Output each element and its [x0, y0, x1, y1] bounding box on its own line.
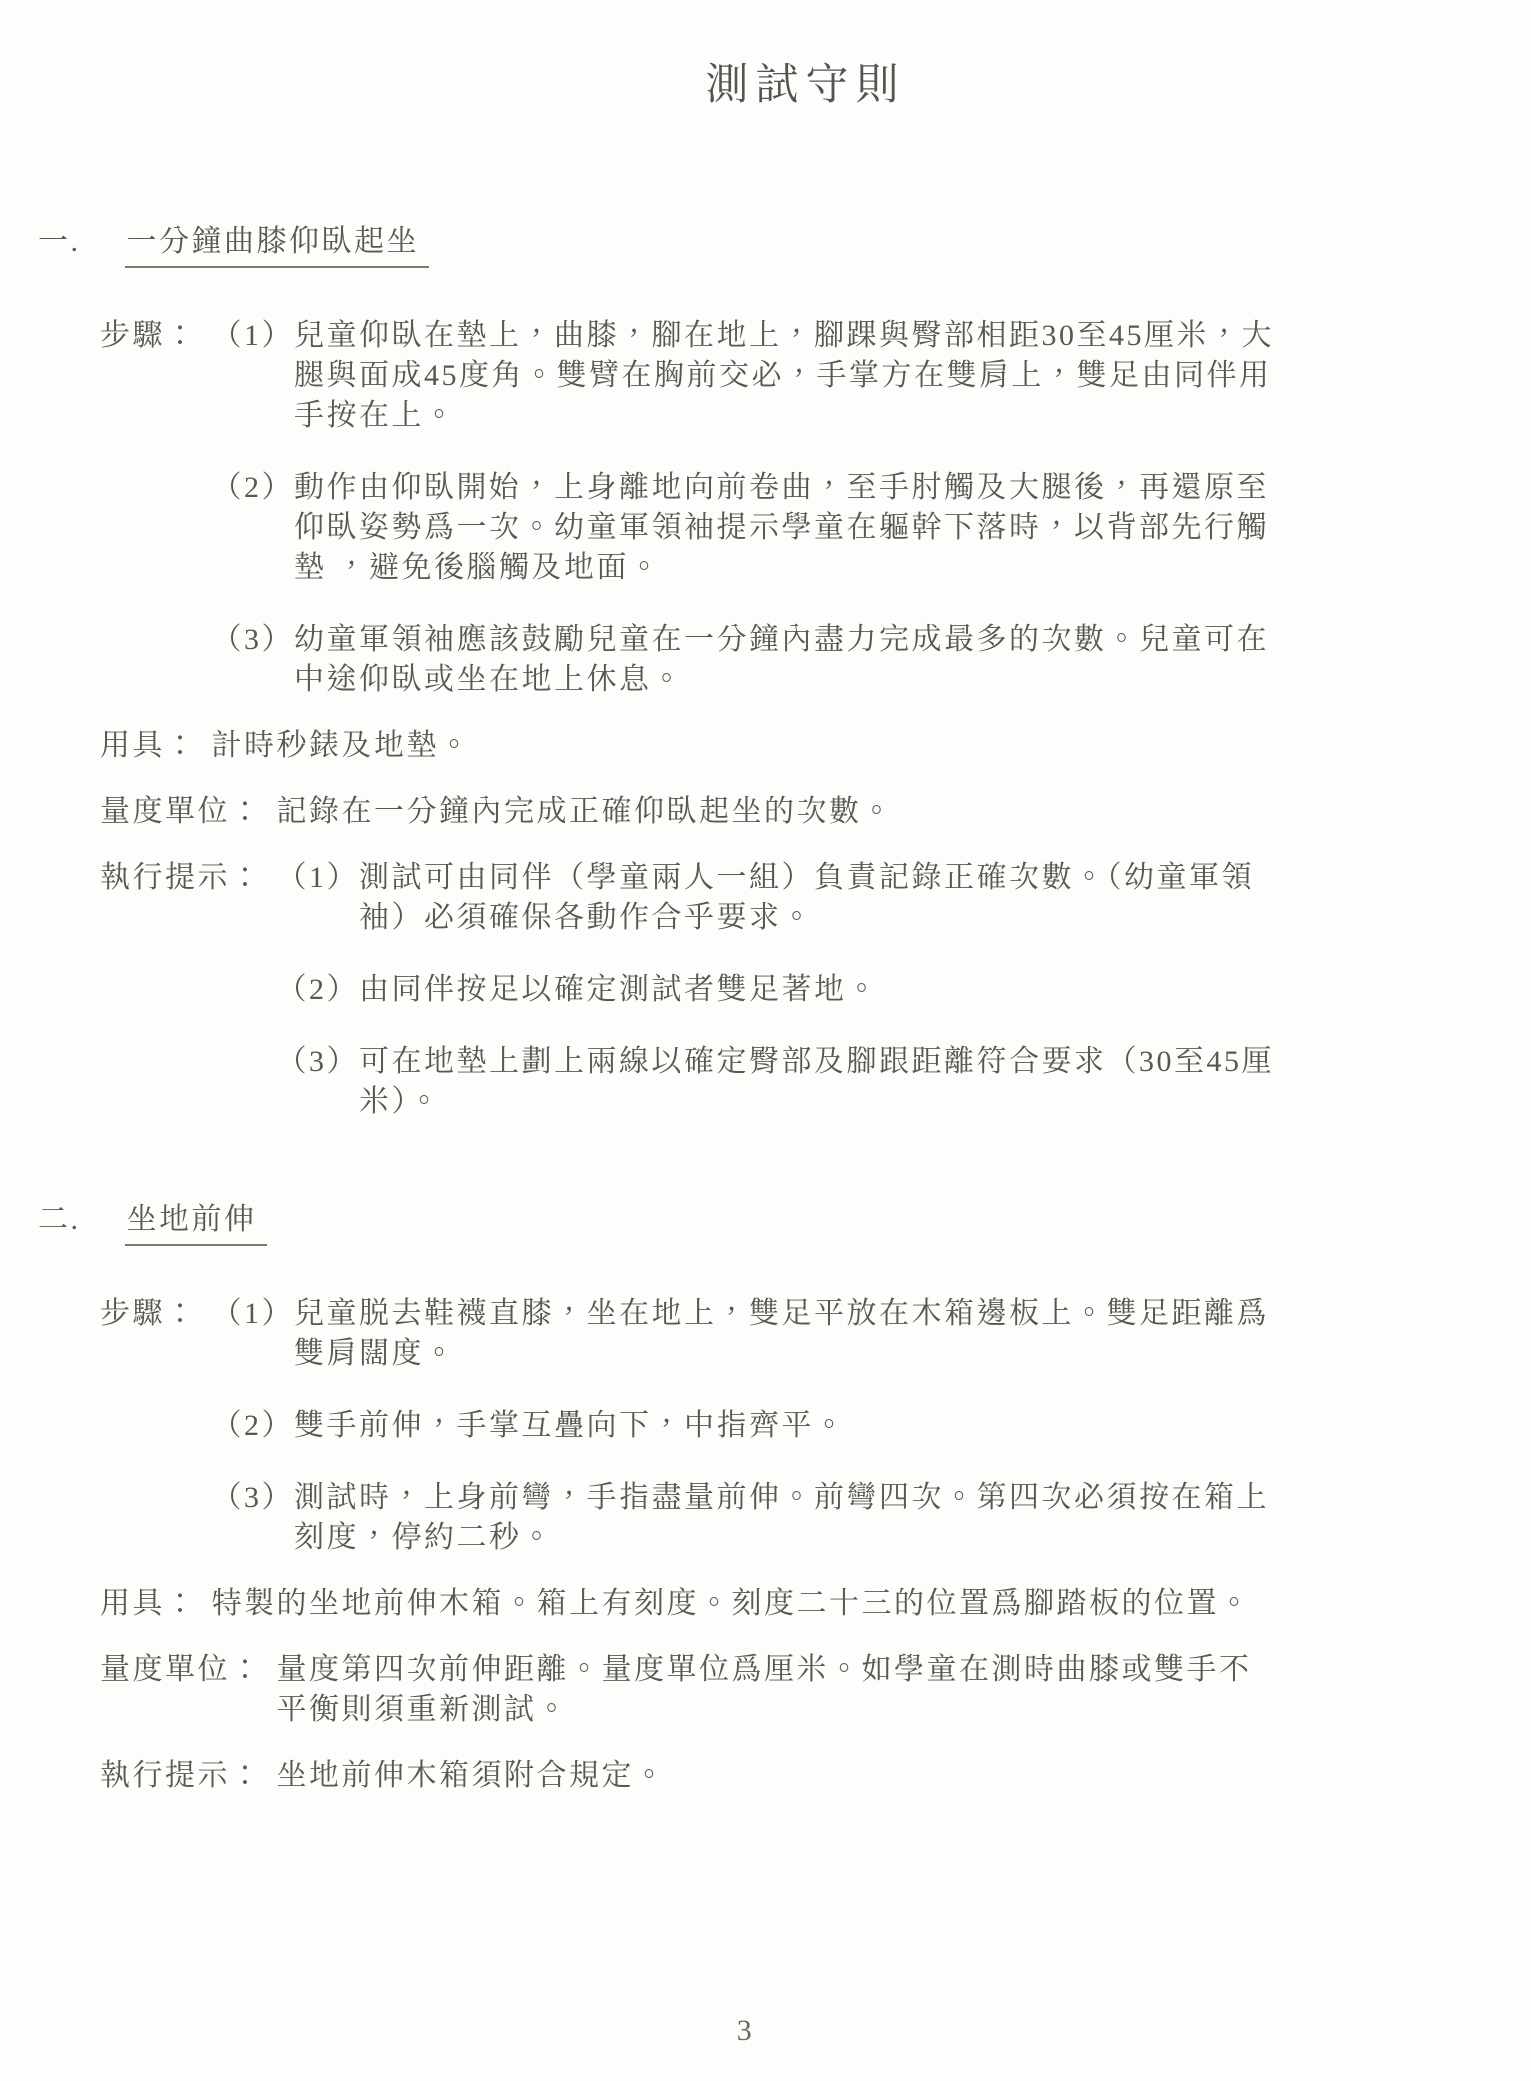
section-content: 步驟： （1） 兒童脱去鞋襪直膝，坐在地上，雙足平放在木箱邊板上。雙足距離爲 雙…	[100, 1294, 1471, 1796]
tips-label: 執行提示：	[100, 1756, 263, 1796]
unit-label: 量度單位：	[100, 1650, 263, 1690]
section-sit-and-reach: 二. 坐地前伸 步驟： （1） 兒童脱去鞋襪直膝，坐在地上，雙足平放在木箱邊板上…	[0, 1200, 1531, 1796]
text-line: 腿與面成45度角。雙臂在胸前交必，手掌方在雙肩上，雙足由同伴用	[294, 356, 1471, 396]
tip-number: （3）	[277, 1042, 360, 1082]
step-item: （1） 兒童脱去鞋襪直膝，坐在地上，雙足平放在木箱邊板上。雙足距離爲 雙肩闊度。	[212, 1294, 1472, 1374]
section-heading: 坐地前伸	[125, 1200, 267, 1246]
step-number: （2）	[212, 1406, 295, 1446]
text-line: 中途仰臥或坐在地上休息。	[294, 660, 1471, 700]
step-item: （2） 雙手前伸，手掌互疊向下，中指齊平。	[212, 1406, 1472, 1446]
equipment-group: 用具： 特製的坐地前伸木箱。箱上有刻度。刻度二十三的位置爲腳踏板的位置。	[100, 1584, 1471, 1624]
section-number: 二.	[38, 1200, 81, 1240]
equipment-group: 用具： 計時秒錶及地墊。	[100, 726, 1471, 766]
page-number: 3	[0, 2011, 1491, 2051]
unit-group: 量度單位： 量度第四次前伸距離。量度單位爲厘米。如學童在測時曲膝或雙手不 平衡則…	[100, 1650, 1471, 1730]
text-line: 可在地墊上劃上兩線以確定臀部及腳跟距離符合要求（30至45厘	[359, 1042, 1471, 1082]
step-number: （3）	[212, 620, 295, 660]
text-line: 平衡則須重新測試。	[277, 1690, 1472, 1730]
text-line: 坐地前伸木箱須附合規定。	[277, 1756, 1472, 1796]
equipment-label: 用具：	[100, 1584, 198, 1624]
text-line: 米）。	[359, 1082, 1471, 1122]
tips-group: 執行提示： （1） 測試可由同伴（學童兩人一組）負責記錄正確次數。（幼童軍領 袖…	[100, 858, 1471, 1122]
text-line: 由同伴按足以確定測試者雙足著地。	[359, 970, 1471, 1010]
text-line: 墊 ，避免後腦觸及地面。	[294, 548, 1471, 588]
unit-group: 量度單位： 記錄在一分鐘內完成正確仰臥起坐的次數。	[100, 792, 1471, 832]
text-line: 兒童仰臥在墊上，曲膝，腳在地上，腳踝與臀部相距30至45厘米，大	[294, 316, 1471, 356]
unit-item: 記錄在一分鐘內完成正確仰臥起坐的次數。	[277, 792, 1472, 832]
page-title: 測試守則	[0, 66, 1531, 106]
tips-label: 執行提示：	[100, 858, 263, 898]
equipment-item: 計時秒錶及地墊。	[212, 726, 1472, 766]
tip-item: （3） 可在地墊上劃上兩線以確定臀部及腳跟距離符合要求（30至45厘 米）。	[277, 1042, 1472, 1122]
text-line: 動作由仰臥開始，上身離地向前卷曲，至手肘觸及大腿後，再還原至	[294, 468, 1471, 508]
steps-label: 步驟：	[100, 1294, 198, 1334]
text-line: 刻度，停約二秒。	[294, 1518, 1471, 1558]
tip-number: （1）	[277, 858, 360, 898]
tip-item: 坐地前伸木箱須附合規定。	[277, 1756, 1472, 1796]
tip-item: （1） 測試可由同伴（學童兩人一組）負責記錄正確次數。（幼童軍領 袖）必須確保各…	[277, 858, 1472, 938]
equipment-item: 特製的坐地前伸木箱。箱上有刻度。刻度二十三的位置爲腳踏板的位置。	[212, 1584, 1472, 1624]
unit-label: 量度單位：	[100, 792, 263, 832]
tip-number: （2）	[277, 970, 360, 1010]
text-line: 計時秒錶及地墊。	[212, 726, 1472, 766]
section-number: 一.	[38, 222, 81, 262]
step-number: （3）	[212, 1478, 295, 1518]
tips-group: 執行提示： 坐地前伸木箱須附合規定。	[100, 1756, 1471, 1796]
steps-label: 步驟：	[100, 316, 198, 356]
text-line: 特製的坐地前伸木箱。箱上有刻度。刻度二十三的位置爲腳踏板的位置。	[212, 1584, 1472, 1624]
text-line: 測試可由同伴（學童兩人一組）負責記錄正確次數。（幼童軍領	[359, 858, 1471, 898]
section-content: 步驟： （1） 兒童仰臥在墊上，曲膝，腳在地上，腳踝與臀部相距30至45厘米，大…	[100, 316, 1471, 1122]
text-line: 兒童脱去鞋襪直膝，坐在地上，雙足平放在木箱邊板上。雙足距離爲	[294, 1294, 1471, 1334]
text-line: 量度第四次前伸距離。量度單位爲厘米。如學童在測時曲膝或雙手不	[277, 1650, 1472, 1690]
tip-item: （2） 由同伴按足以確定測試者雙足著地。	[277, 970, 1472, 1010]
text-line: 雙手前伸，手掌互疊向下，中指齊平。	[294, 1406, 1471, 1446]
unit-item: 量度第四次前伸距離。量度單位爲厘米。如學童在測時曲膝或雙手不 平衡則須重新測試。	[277, 1650, 1472, 1730]
text-line: 仰臥姿勢爲一次。幼童軍領袖提示學童在軀幹下落時，以背部先行觸	[294, 508, 1471, 548]
text-line: 測試時，上身前彎，手指盡量前伸。前彎四次。第四次必須按在箱上	[294, 1478, 1471, 1518]
text-line: 袖）必須確保各動作合乎要求。	[359, 898, 1471, 938]
step-item: （3） 幼童軍領袖應該鼓勵兒童在一分鐘內盡力完成最多的次數。兒童可在 中途仰臥或…	[212, 620, 1472, 700]
section-heading: 一分鐘曲膝仰臥起坐	[125, 222, 430, 268]
step-item: （2） 動作由仰臥開始，上身離地向前卷曲，至手肘觸及大腿後，再還原至 仰臥姿勢爲…	[212, 468, 1472, 588]
equipment-label: 用具：	[100, 726, 198, 766]
step-number: （2）	[212, 468, 295, 508]
step-item: （1） 兒童仰臥在墊上，曲膝，腳在地上，腳踝與臀部相距30至45厘米，大 腿與面…	[212, 316, 1472, 436]
text-line: 手按在上。	[294, 396, 1471, 436]
section-heading-row: 一. 一分鐘曲膝仰臥起坐	[38, 222, 1531, 268]
step-number: （1）	[212, 316, 295, 356]
text-line: 記錄在一分鐘內完成正確仰臥起坐的次數。	[277, 792, 1472, 832]
section-situps: 一. 一分鐘曲膝仰臥起坐 步驟： （1） 兒童仰臥在墊上，曲膝，腳在地上，腳踝與…	[0, 222, 1531, 1122]
text-line: 雙肩闊度。	[294, 1334, 1471, 1374]
steps-group: 步驟： （1） 兒童脱去鞋襪直膝，坐在地上，雙足平放在木箱邊板上。雙足距離爲 雙…	[100, 1294, 1471, 1558]
step-item: （3） 測試時，上身前彎，手指盡量前伸。前彎四次。第四次必須按在箱上 刻度，停約…	[212, 1478, 1472, 1558]
section-heading-row: 二. 坐地前伸	[38, 1200, 1531, 1246]
steps-group: 步驟： （1） 兒童仰臥在墊上，曲膝，腳在地上，腳踝與臀部相距30至45厘米，大…	[100, 316, 1471, 700]
text-line: 幼童軍領袖應該鼓勵兒童在一分鐘內盡力完成最多的次數。兒童可在	[294, 620, 1471, 660]
document-page: 測試守則 一. 一分鐘曲膝仰臥起坐 步驟： （1） 兒童仰臥在墊上，曲膝，腳在地…	[0, 0, 1531, 2081]
step-number: （1）	[212, 1294, 295, 1334]
